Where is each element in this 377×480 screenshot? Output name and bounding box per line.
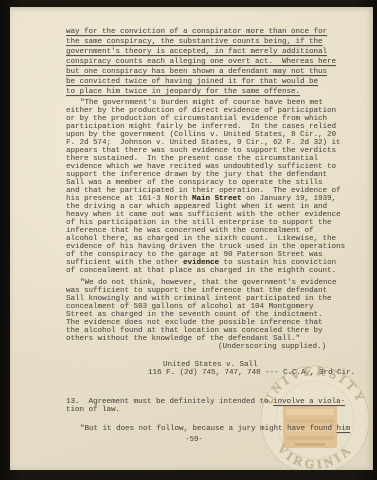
text-line: Sall knowingly and with criminal intent … (66, 295, 348, 303)
text-line: there sustained. In the present case the… (66, 155, 348, 163)
quoted-passage-evidence: "The government's burden might of course… (66, 99, 348, 275)
text-line: but one conspiracy has been shown a defe… (66, 67, 348, 77)
text-line: of his participation in the still enterp… (66, 219, 348, 227)
text-line: "We do not think, however, that the gove… (66, 279, 348, 287)
quoted-passage-concealment: "We do not think, however, that the gove… (66, 279, 348, 343)
text-line: the alcohol found at that location was c… (66, 327, 348, 335)
heading-item-13: 13. Agreement must be definitely intende… (66, 398, 348, 414)
text-line: of concealment at that place as charged … (66, 267, 348, 275)
text-line: to place him twice in jeopardy for the s… (66, 87, 348, 97)
text-line: evidence of his having driven the truck … (66, 243, 348, 251)
text-line: participation might fairly be inferred. … (66, 123, 348, 131)
text-line: 13. Agreement must be definitely intende… (66, 398, 348, 406)
text-line: or by the production of circumstantial e… (66, 115, 348, 123)
text-line: either by the production of direct evide… (66, 107, 348, 115)
text-line: of the conspiracy to the garage at 90 Pa… (66, 251, 348, 259)
text-line: heavy when it came out was sufficient wi… (66, 211, 348, 219)
text-line: and that he participated in their operat… (66, 187, 348, 195)
typewritten-text: way for the conviction of a conspirator … (66, 27, 348, 444)
text-line: the driving a car which appeared light w… (66, 203, 348, 211)
text-line: inference that he was concerned with the… (66, 227, 348, 235)
text-line: "But it does not follow, because a jury … (66, 425, 348, 433)
case-citation: United States v. Sall116 F. (2d) 745, 74… (148, 361, 348, 377)
quoted-passage-opening: "But it does not follow, because a jury … (66, 425, 348, 433)
text-line: "The government's burden might of course… (66, 99, 348, 107)
text-line: evidence which we have recited was undou… (66, 163, 348, 171)
text-line: way for the conviction of a conspirator … (66, 27, 348, 37)
text-line: government's theory is accepted, in fact… (66, 47, 348, 57)
text-line: appears that there was such evidence to … (66, 147, 348, 155)
text-line: sufficient with the other evidence to su… (66, 259, 348, 267)
text-line: 116 F. (2d) 745, 747, 748 --- C.C.A., 3r… (148, 369, 348, 377)
text-line: concealment of 503 gallons of alcohol at… (66, 303, 348, 311)
text-line: his presence at 161-3 North Main Street … (66, 195, 348, 203)
text-line: United States v. Sall (148, 361, 348, 369)
page-number: -59- (185, 436, 348, 444)
text-line: the same conspiracy, the substantive cou… (66, 37, 348, 47)
text-line: tion of law. (66, 406, 348, 414)
text-line: others without the knowledge of the defe… (66, 335, 348, 343)
text-line: F. 2d 574; Johnson v. United States, 9 C… (66, 139, 348, 147)
text-line: conspiracy counts each alleging one over… (66, 57, 348, 67)
text-line: Sall was a member of the conspiracy to o… (66, 179, 348, 187)
text-line: alcohol there, as charged in the sixth c… (66, 235, 348, 243)
text-line: (Underscoring supplied.) (218, 343, 348, 351)
text-line: Street as charged in the seventh count o… (66, 311, 348, 319)
text-line: upon by the government (Collins v. Unite… (66, 131, 348, 139)
quoted-passage-jeopardy: way for the conviction of a conspirator … (66, 27, 348, 97)
text-line: be convicted twice of having joined it f… (66, 77, 348, 87)
underscoring-note: (Underscoring supplied.) (218, 343, 348, 351)
text-line: was sufficient to support the inference … (66, 287, 348, 295)
text-line: -59- (185, 436, 348, 444)
document-page: UNIVERSITY VIRGINIA way for the convicti… (10, 7, 373, 470)
text-line: support the inference drawn by the jury … (66, 171, 348, 179)
text-line: The evidence does not exclude the possib… (66, 319, 348, 327)
